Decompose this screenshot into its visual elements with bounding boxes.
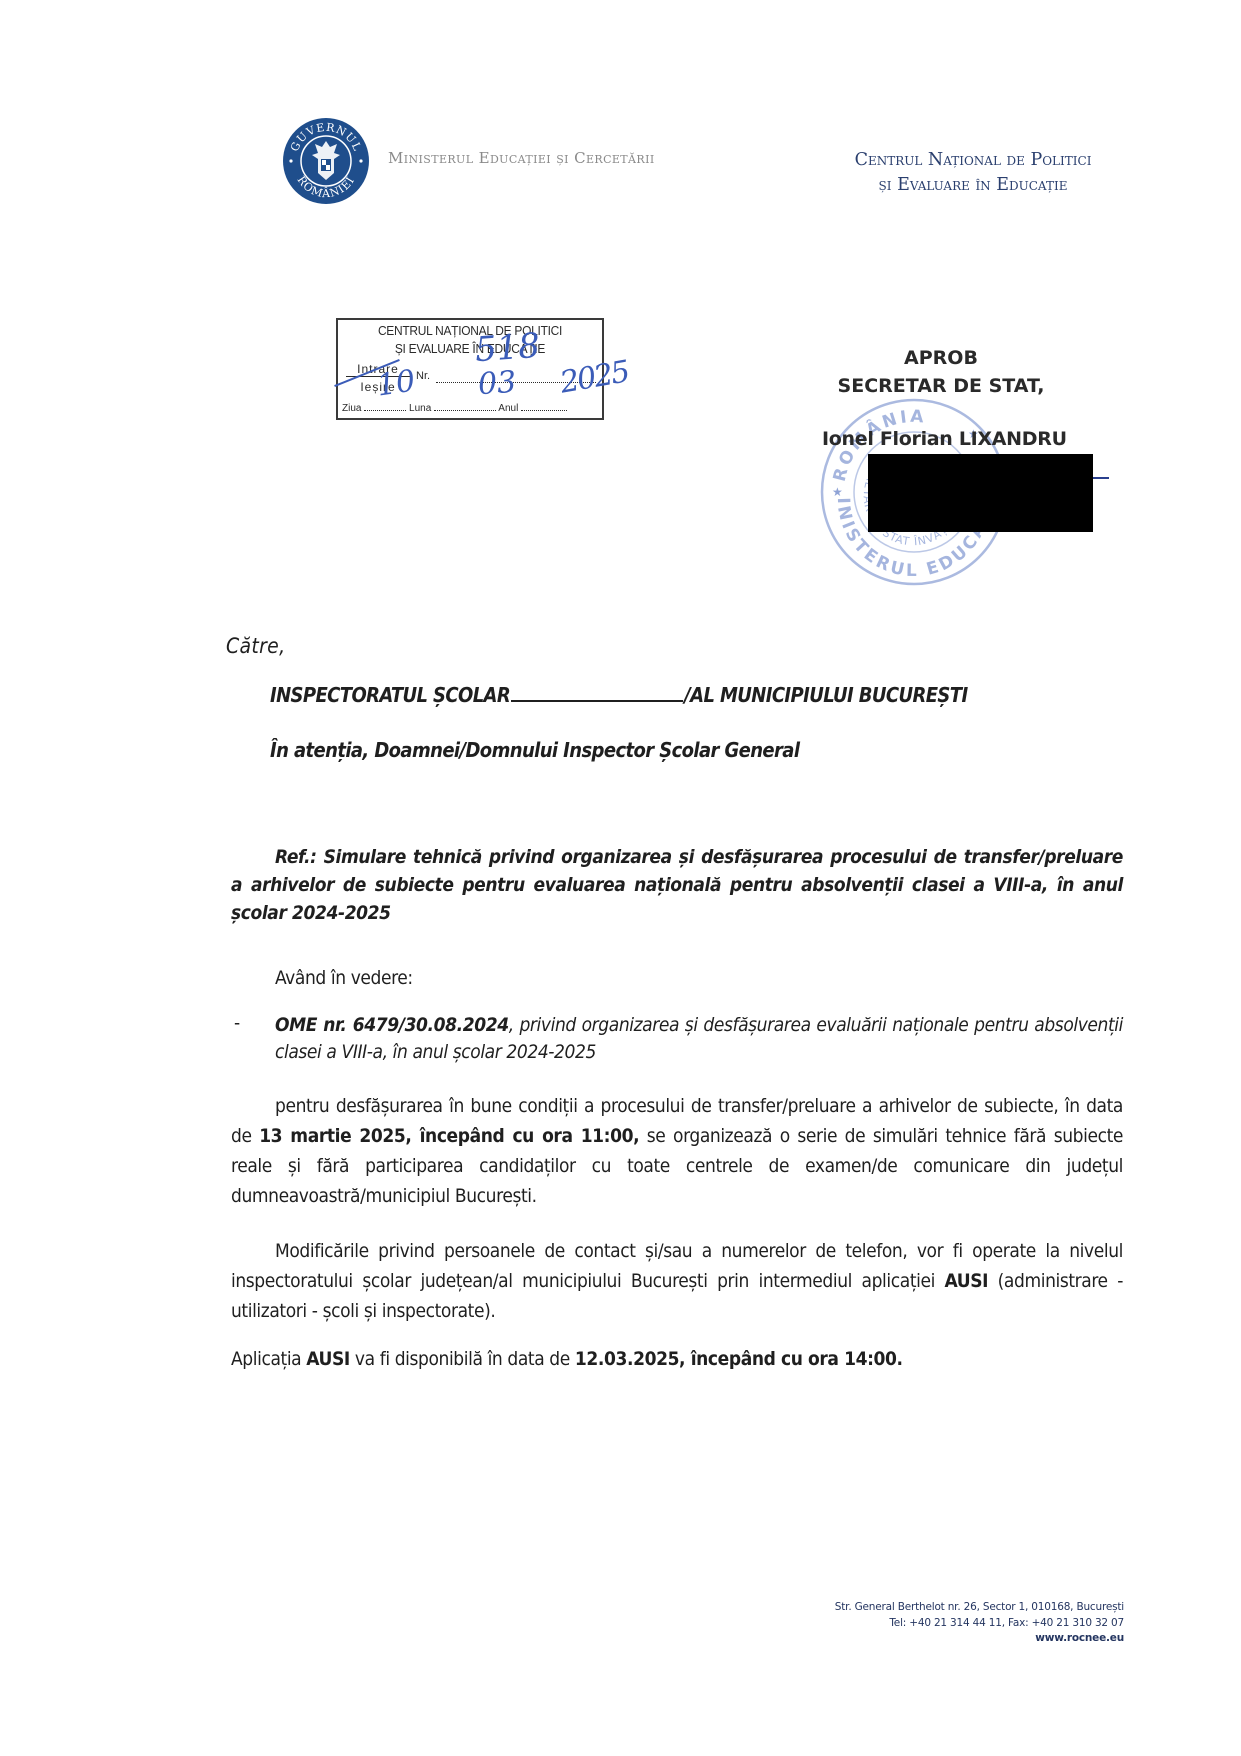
signature-stroke bbox=[1093, 477, 1109, 479]
stamp-day-label: Ziua bbox=[342, 403, 361, 414]
footer-contact: Str. General Berthelot nr. 26, Sector 1,… bbox=[700, 1600, 1124, 1647]
stamp-title-line2: ȘI EVALUARE ÎN EDUCAȚIE bbox=[349, 341, 592, 356]
cnpee-name-line2: și Evaluare în Educație bbox=[808, 173, 1138, 198]
p3-text-a: Aplicația bbox=[231, 1348, 306, 1370]
salutation: Către, bbox=[226, 634, 285, 658]
handwritten-day: 10 bbox=[375, 364, 418, 404]
romanian-government-seal-icon: GUVERNUL ROMÂNIEI bbox=[282, 117, 370, 205]
app-name: AUSI bbox=[306, 1348, 350, 1370]
cnpee-letterhead: Centrul Național de Politici și Evaluare… bbox=[808, 148, 1138, 198]
recipient-prefix: INSPECTORATUL ȘCOLAR bbox=[270, 683, 510, 707]
stamp-title-line1: CENTRUL NAȚIONAL DE POLITICI bbox=[349, 323, 592, 338]
p3-text-b: va fi disponibilă în data de bbox=[350, 1348, 575, 1370]
stamp-number-label: Nr. bbox=[416, 370, 430, 382]
simulation-date: 13 martie 2025, începând cu ora 11:00, bbox=[259, 1125, 639, 1147]
paragraph-contacts: Modificările privind persoanele de conta… bbox=[231, 1236, 1123, 1326]
reference-text: Simulare tehnică privind organizarea și … bbox=[231, 846, 1123, 924]
approval-heading: APROB SECRETAR DE STAT, bbox=[810, 344, 1072, 400]
recipient-suffix: /AL MUNICIPIULUI BUCUREȘTI bbox=[684, 683, 967, 707]
list-bullet: - bbox=[234, 1012, 240, 1034]
ministry-name: Ministerul Educației și Cercetării bbox=[388, 149, 655, 167]
considering-intro: Având în vedere: bbox=[275, 967, 413, 989]
legal-basis-item: OME nr. 6479/30.08.2024, privind organiz… bbox=[275, 1012, 1123, 1066]
footer-website-link[interactable]: www.rocnee.eu bbox=[700, 1631, 1124, 1647]
handwritten-registration-number: 518 bbox=[474, 326, 542, 370]
attention-line: În atenția, Doamnei/Domnului Inspector Ș… bbox=[270, 738, 799, 762]
svg-text:★: ★ bbox=[832, 485, 843, 499]
footer-address: Str. General Berthelot nr. 26, Sector 1,… bbox=[700, 1600, 1124, 1616]
government-logo: GUVERNUL ROMÂNIEI bbox=[282, 117, 370, 205]
footer-phone-fax: Tel: +40 21 314 44 11, Fax: +40 21 310 3… bbox=[700, 1616, 1124, 1632]
recipient-line: INSPECTORATUL ȘCOLAR/AL MUNICIPIULUI BUC… bbox=[270, 682, 968, 707]
availability-date: 12.03.2025, începând cu ora 14:00. bbox=[575, 1348, 903, 1370]
paragraph-availability: Aplicația AUSI va fi disponibilă în data… bbox=[231, 1348, 903, 1370]
approver-name: Ionel Florian LIXANDRU bbox=[822, 428, 1067, 450]
approval-label: APROB bbox=[810, 344, 1072, 372]
reference-subject: Ref.: Simulare tehnică privind organizar… bbox=[231, 843, 1123, 927]
stamp-year-line bbox=[521, 401, 567, 411]
app-name: AUSI bbox=[945, 1270, 989, 1292]
paragraph-simulation: pentru desfășurarea în bune condiții a p… bbox=[231, 1091, 1123, 1211]
recipient-blank-field bbox=[511, 682, 683, 702]
stamp-date-row: Ziua Luna Anul bbox=[342, 401, 567, 414]
redacted-signature bbox=[868, 454, 1093, 532]
stamp-year-label: Anul bbox=[498, 403, 518, 414]
stamp-month-line bbox=[434, 401, 496, 411]
order-reference: OME nr. 6479/30.08.2024 bbox=[275, 1014, 509, 1036]
reference-label: Ref.: bbox=[275, 846, 317, 868]
handwritten-month: 03 bbox=[477, 365, 518, 403]
cnpee-name-line1: Centrul Național de Politici bbox=[808, 148, 1138, 173]
approver-title: SECRETAR DE STAT, bbox=[810, 372, 1072, 400]
stamp-month-label: Luna bbox=[409, 403, 431, 414]
